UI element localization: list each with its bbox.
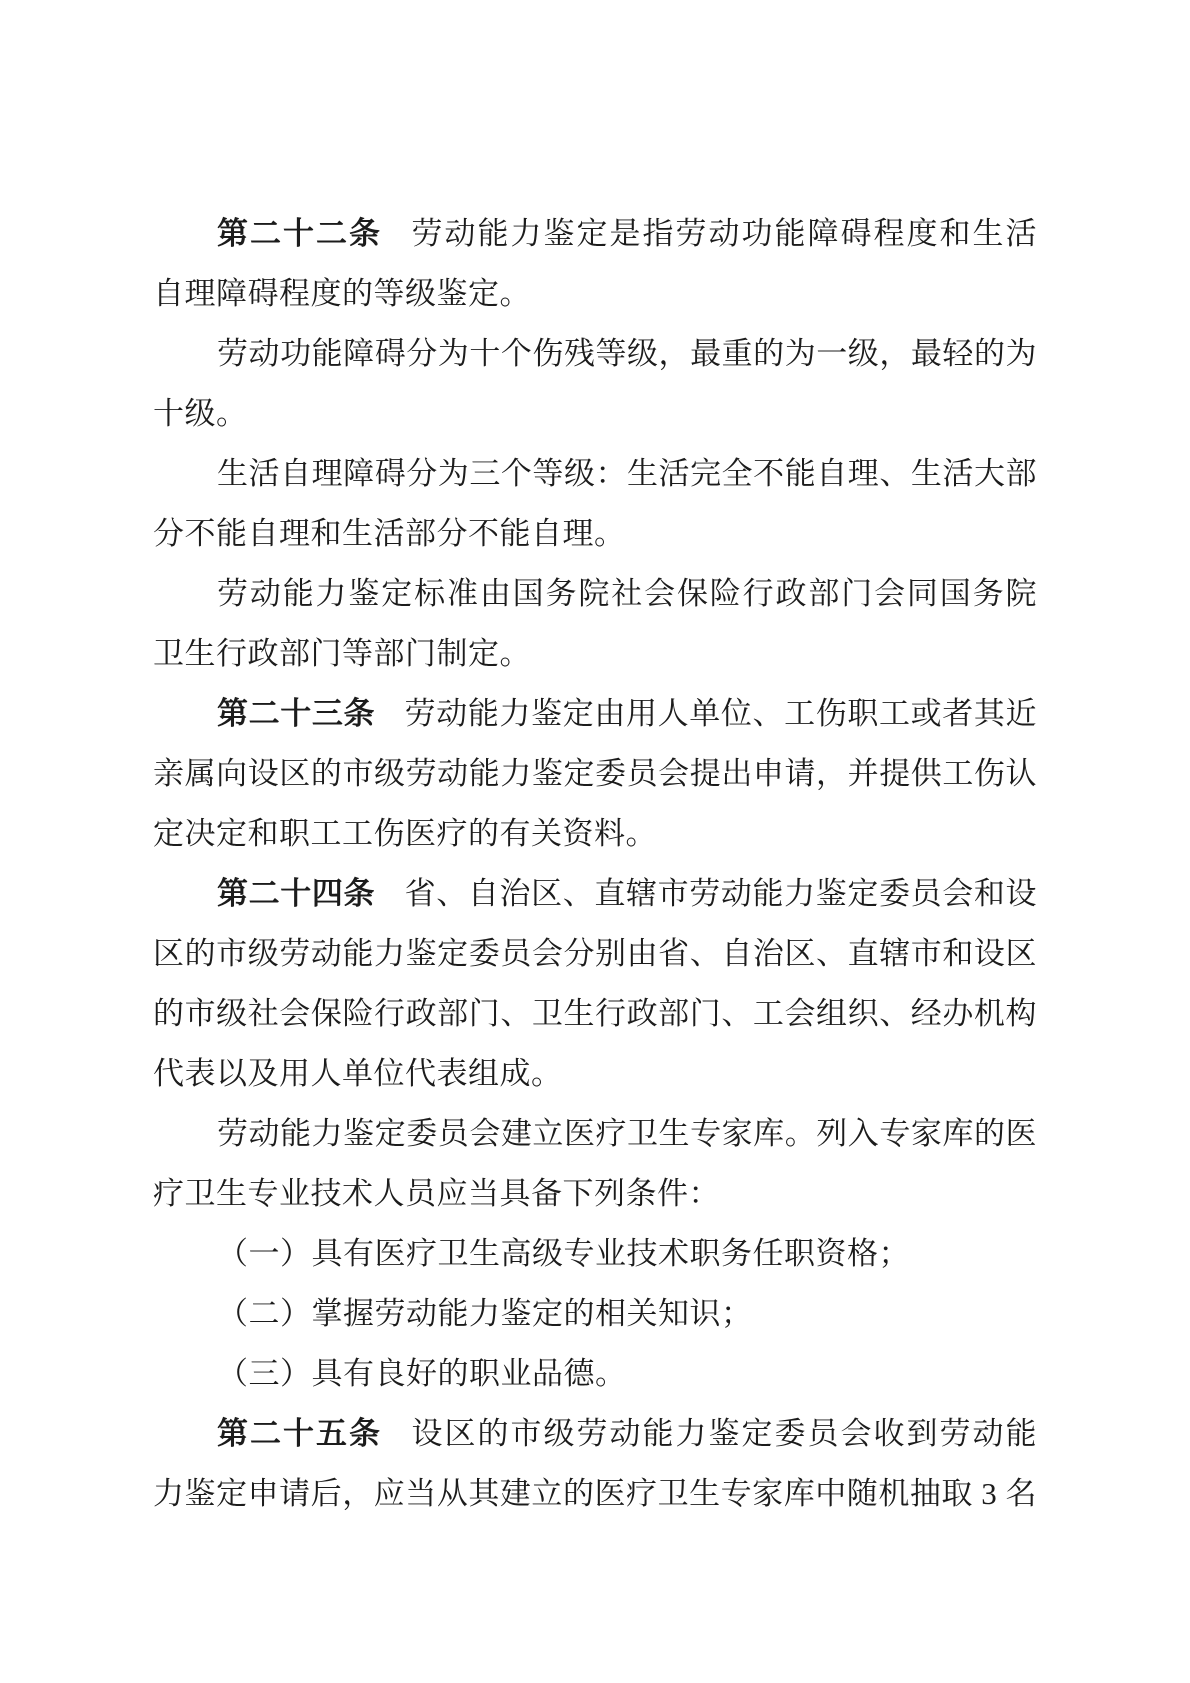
- line-text: 设区的市级劳动能力鉴定委员会收到劳动能: [411, 1416, 1037, 1451]
- line-text: 代表以及用人单位代表组成。: [153, 1056, 563, 1091]
- article-number: 第二十四条: [217, 876, 375, 911]
- text-line: （三）具有良好的职业品德。: [153, 1344, 1037, 1404]
- line-text: 的市级社会保险行政部门、卫生行政部门、工会组织、经办机构: [153, 996, 1037, 1031]
- line-text: 省、自治区、直辖市劳动能力鉴定委员会和设: [405, 876, 1037, 911]
- text-line: 劳动能力鉴定委员会建立医疗卫生专家库。列入专家库的医: [153, 1104, 1037, 1164]
- article-number: 第二十三条: [217, 696, 375, 731]
- text-line: （一）具有医疗卫生高级专业技术职务任职资格；: [153, 1224, 1037, 1284]
- line-text: 劳动能力鉴定标准由国务院社会保险行政部门会同国务院: [217, 576, 1037, 611]
- line-text: 劳动能力鉴定委员会建立医疗卫生专家库。列入专家库的医: [217, 1116, 1037, 1151]
- text-line: 代表以及用人单位代表组成。: [153, 1044, 1037, 1104]
- line-text: 劳动能力鉴定由用人单位、工伤职工或者其近: [405, 696, 1037, 731]
- line-text: （一）具有医疗卫生高级专业技术职务任职资格；: [217, 1236, 910, 1271]
- article-number: 第二十二条: [217, 216, 382, 251]
- text-line: 劳动能力鉴定标准由国务院社会保险行政部门会同国务院: [153, 564, 1037, 624]
- line-text: 力鉴定申请后，应当从其建立的医疗卫生专家库中随机抽取 3 名: [153, 1476, 1037, 1511]
- document-text-block: 第二十二条劳动能力鉴定是指劳动功能障碍程度和生活 自理障碍程度的等级鉴定。 劳动…: [153, 204, 1037, 1524]
- text-line: 力鉴定申请后，应当从其建立的医疗卫生专家库中随机抽取 3 名: [153, 1464, 1037, 1524]
- text-line: 的市级社会保险行政部门、卫生行政部门、工会组织、经办机构: [153, 984, 1037, 1044]
- line-text: 劳动功能障碍分为十个伤残等级，最重的为一级，最轻的为: [217, 336, 1037, 371]
- line-text: 十级。: [153, 396, 248, 431]
- text-line: 生活自理障碍分为三个等级：生活完全不能自理、生活大部: [153, 444, 1037, 504]
- line-text: 疗卫生专业技术人员应当具备下列条件：: [153, 1176, 720, 1211]
- line-text: 亲属向设区的市级劳动能力鉴定委员会提出申请，并提供工伤认: [153, 756, 1037, 791]
- text-line: 自理障碍程度的等级鉴定。: [153, 264, 1037, 324]
- text-line: 疗卫生专业技术人员应当具备下列条件：: [153, 1164, 1037, 1224]
- text-line: 第二十二条劳动能力鉴定是指劳动功能障碍程度和生活: [153, 204, 1037, 264]
- line-text: 定决定和职工工伤医疗的有关资料。: [153, 816, 657, 851]
- article-number: 第二十五条: [217, 1416, 382, 1451]
- text-line: 区的市级劳动能力鉴定委员会分别由省、自治区、直辖市和设区: [153, 924, 1037, 984]
- text-line: 第二十四条省、自治区、直辖市劳动能力鉴定委员会和设: [153, 864, 1037, 924]
- text-line: 亲属向设区的市级劳动能力鉴定委员会提出申请，并提供工伤认: [153, 744, 1037, 804]
- line-text: 生活自理障碍分为三个等级：生活完全不能自理、生活大部: [217, 456, 1037, 491]
- text-line: 十级。: [153, 384, 1037, 444]
- text-line: 第二十五条设区的市级劳动能力鉴定委员会收到劳动能: [153, 1404, 1037, 1464]
- document-page: 第二十二条劳动能力鉴定是指劳动功能障碍程度和生活 自理障碍程度的等级鉴定。 劳动…: [0, 0, 1190, 1683]
- line-text: 劳动能力鉴定是指劳动功能障碍程度和生活: [411, 216, 1037, 251]
- text-line: 卫生行政部门等部门制定。: [153, 624, 1037, 684]
- text-line: 分不能自理和生活部分不能自理。: [153, 504, 1037, 564]
- line-text: 区的市级劳动能力鉴定委员会分别由省、自治区、直辖市和设区: [153, 936, 1037, 971]
- line-text: （二）掌握劳动能力鉴定的相关知识；: [217, 1296, 753, 1331]
- line-text: 卫生行政部门等部门制定。: [153, 636, 531, 671]
- text-line: 第二十三条劳动能力鉴定由用人单位、工伤职工或者其近: [153, 684, 1037, 744]
- line-text: 分不能自理和生活部分不能自理。: [153, 516, 626, 551]
- line-text: （三）具有良好的职业品德。: [217, 1356, 627, 1391]
- text-line: 定决定和职工工伤医疗的有关资料。: [153, 804, 1037, 864]
- text-line: 劳动功能障碍分为十个伤残等级，最重的为一级，最轻的为: [153, 324, 1037, 384]
- text-line: （二）掌握劳动能力鉴定的相关知识；: [153, 1284, 1037, 1344]
- line-text: 自理障碍程度的等级鉴定。: [153, 276, 531, 311]
